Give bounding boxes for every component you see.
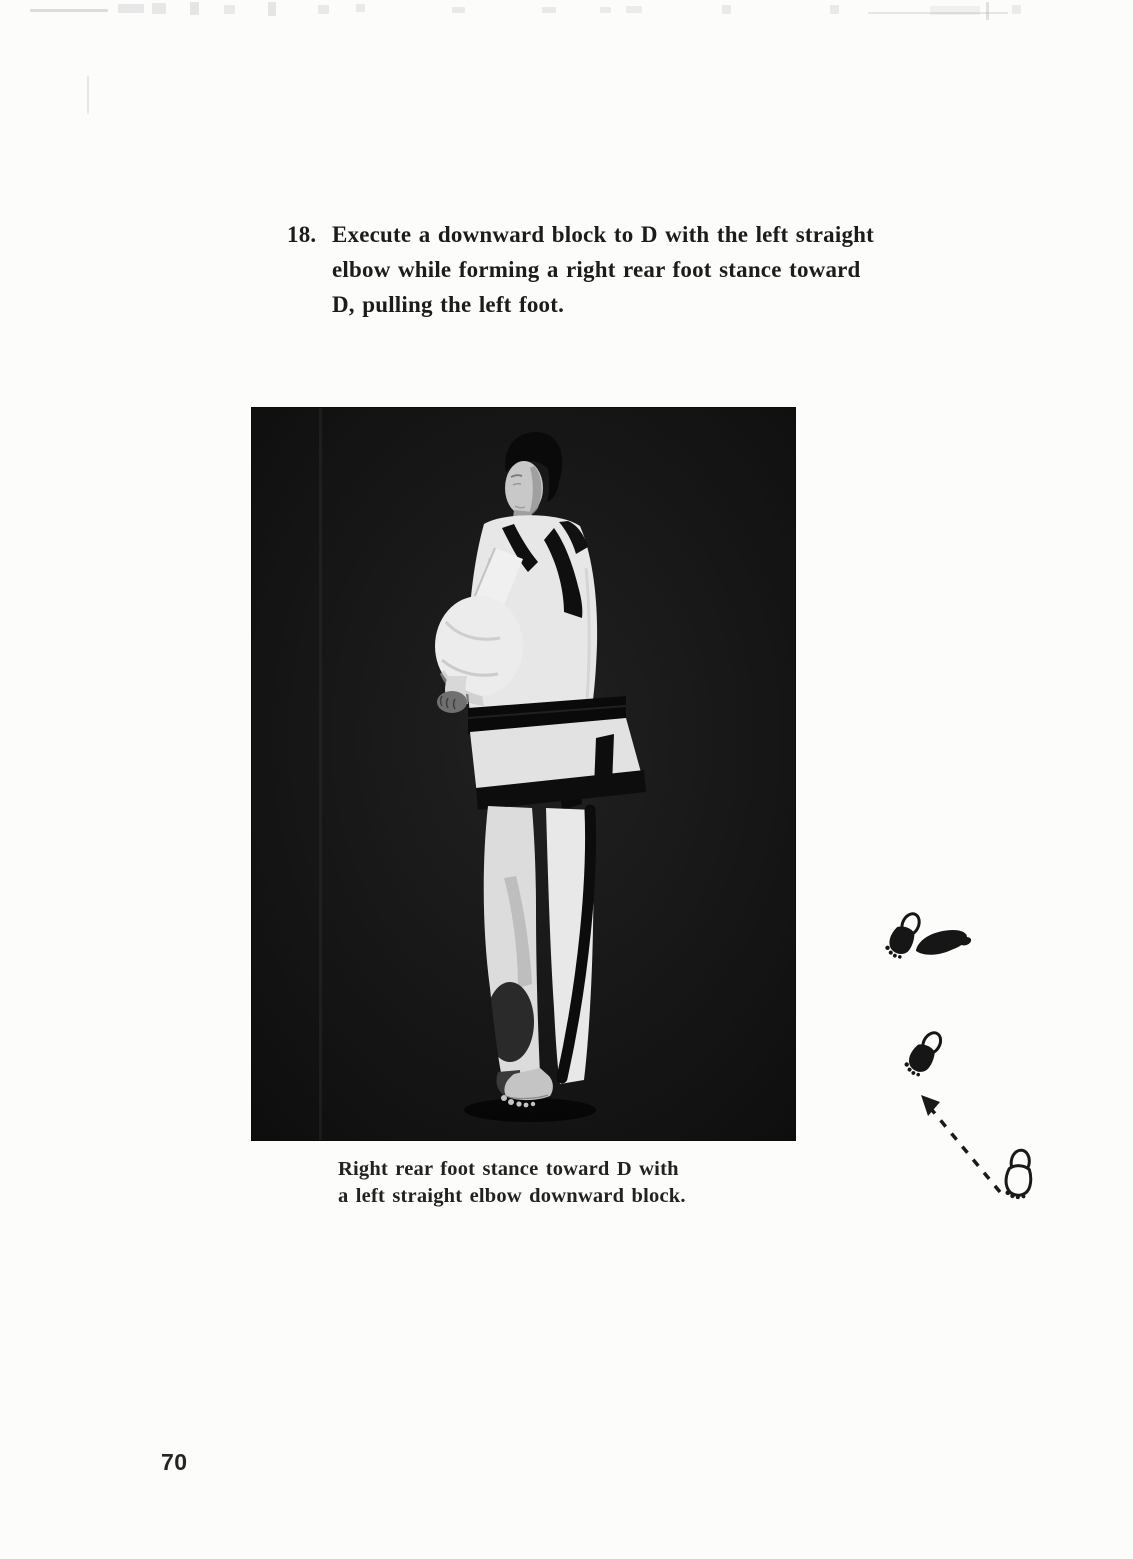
- instruction-text: 18. Execute a downward block to D with t…: [287, 217, 947, 322]
- instruction-line-2: elbow while forming a right rear foot st…: [332, 252, 947, 287]
- foot-diagram: [850, 880, 1090, 1230]
- stance-photo: [252, 408, 795, 1140]
- left-foot-start-icon: [1004, 1149, 1035, 1201]
- page-number: 70: [161, 1449, 188, 1476]
- caption-line-1: Right rear foot stance toward D with: [338, 1156, 768, 1183]
- stance-photo-art: [252, 408, 795, 1140]
- photo-caption: Right rear foot stance toward D with a l…: [338, 1156, 768, 1210]
- instruction-line-3: D, pulling the left foot.: [332, 287, 947, 322]
- stance-left-foot-icon: [883, 909, 924, 962]
- movement-arrow: [921, 1095, 1000, 1192]
- instruction-number: 18.: [287, 217, 332, 252]
- stance-right-foot-icon: [912, 923, 972, 961]
- instruction-line-1: Execute a downward block to D with the l…: [332, 217, 874, 252]
- left-foot-final-icon: [902, 1027, 946, 1080]
- book-page: 18. Execute a downward block to D with t…: [0, 0, 1133, 1559]
- caption-line-2: a left straight elbow downward block.: [338, 1183, 768, 1210]
